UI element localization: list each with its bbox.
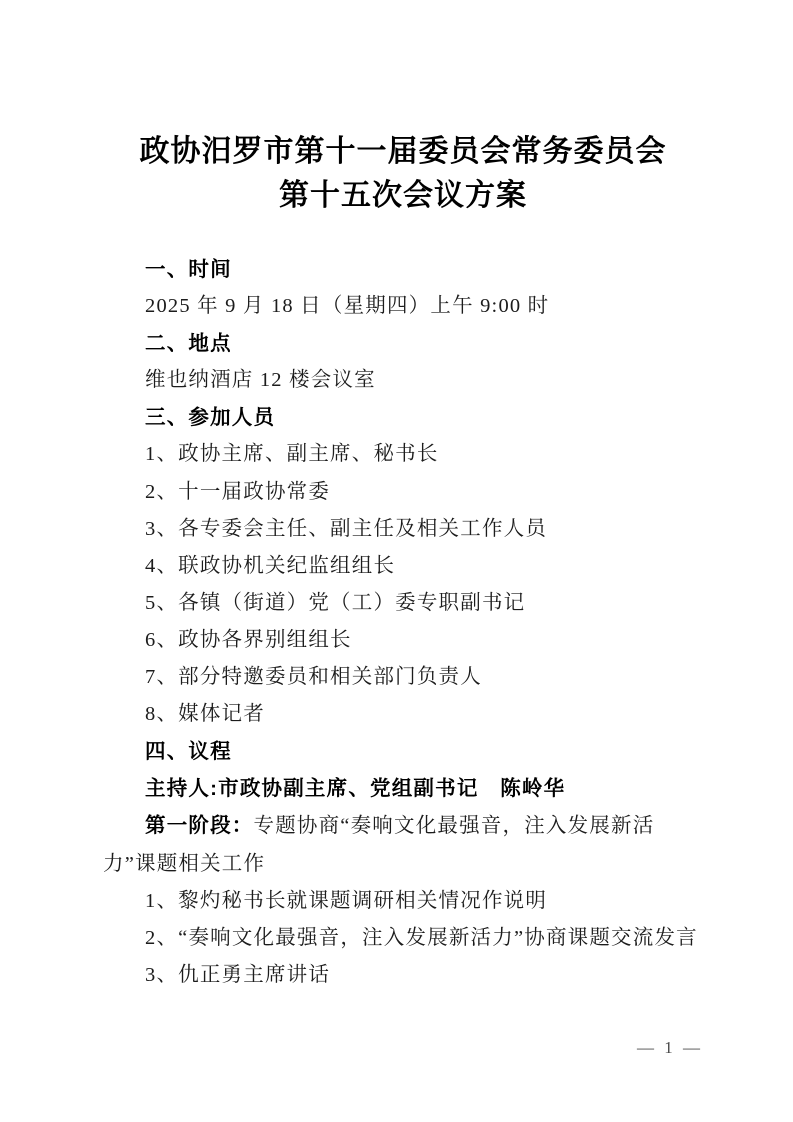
participant-item-8: 8、媒体记者 — [103, 696, 703, 733]
place-value: 维也纳酒店 12 楼会议室 — [103, 362, 703, 399]
agenda-item-2: 2、“奏响文化最强音，注入发展新活力”协商课题交流发言 — [103, 920, 703, 957]
participant-item-4: 4、联政协机关纪监组组长 — [103, 548, 703, 585]
title-line-2: 第十五次会议方案 — [103, 174, 703, 218]
section-heading-place: 二、地点 — [103, 325, 703, 362]
page-number: — 1 — — [637, 1036, 703, 1060]
section-heading-time: 一、时间 — [103, 251, 703, 288]
participant-item-5: 5、各镇（街道）党（工）委专职副书记 — [103, 585, 703, 622]
agenda-stage1-label: 第一阶段： — [145, 814, 254, 837]
section-heading-participants: 三、参加人员 — [103, 399, 703, 436]
agenda-item-1: 1、黎灼秘书长就课题调研相关情况作说明 — [103, 883, 703, 920]
section-heading-agenda: 四、议程 — [103, 733, 703, 770]
participant-item-7: 7、部分特邀委员和相关部门负责人 — [103, 659, 703, 696]
document-page: 政协汨罗市第十一届委员会常务委员会 第十五次会议方案 一、时间 2025 年 9… — [0, 0, 793, 1122]
participant-item-2: 2、十一届政协常委 — [103, 474, 703, 511]
document-title: 政协汨罗市第十一届委员会常务委员会 第十五次会议方案 — [103, 130, 703, 218]
participant-item-6: 6、政协各界别组组长 — [103, 622, 703, 659]
document-content: 政协汨罗市第十一届委员会常务委员会 第十五次会议方案 一、时间 2025 年 9… — [103, 130, 703, 994]
title-line-1: 政协汨罗市第十一届委员会常务委员会 — [103, 130, 703, 174]
time-value: 2025 年 9 月 18 日（星期四）上午 9:00 时 — [103, 288, 703, 325]
participant-item-3: 3、各专委会主任、副主任及相关工作人员 — [103, 511, 703, 548]
agenda-host-line: 主持人:市政协副主席、党组副书记 陈岭华 — [103, 770, 703, 807]
agenda-stage1-paragraph: 第一阶段：专题协商“奏响文化最强音，注入发展新活力”课题相关工作 — [103, 807, 703, 882]
agenda-item-3: 3、仇正勇主席讲话 — [103, 957, 703, 994]
participant-item-1: 1、政协主席、副主席、秘书长 — [103, 436, 703, 473]
document-body: 一、时间 2025 年 9 月 18 日（星期四）上午 9:00 时 二、地点 … — [103, 251, 703, 994]
